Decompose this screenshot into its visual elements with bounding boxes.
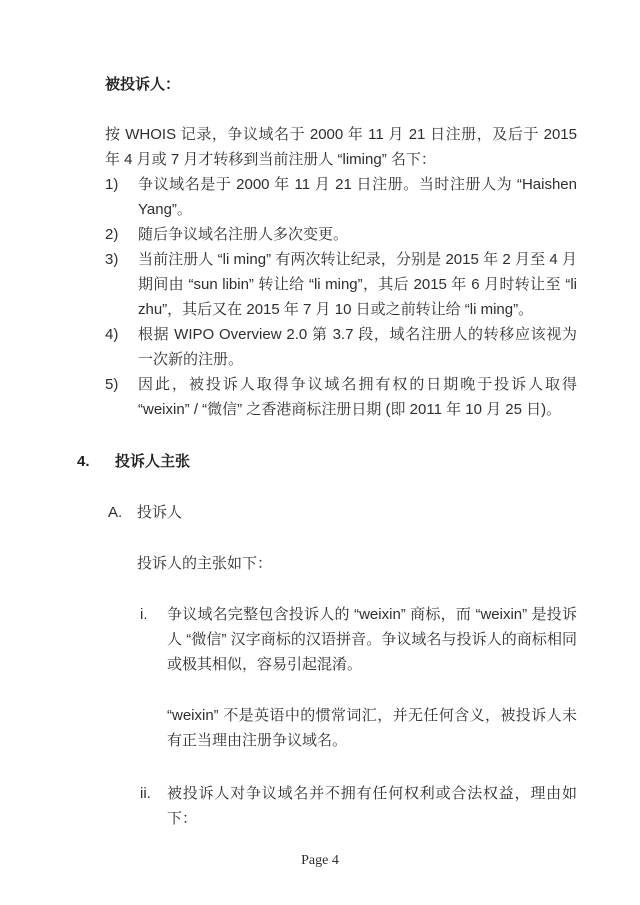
subsection-heading-complainant: A. 投诉人 <box>108 500 577 525</box>
section-number: 4. <box>77 449 115 474</box>
roman-item-number: ii. <box>140 781 167 831</box>
roman-item-number: i. <box>140 602 167 753</box>
list-item-number: 2) <box>105 222 138 247</box>
roman-item-body: 争议域名完整包含投诉人的 “weixin” 商标，而 “weixin” 是投诉人… <box>167 602 577 753</box>
numbered-list-item: 5) 因此，被投诉人取得争议域名拥有权的日期晚于投诉人取得 “weixin” /… <box>105 372 577 422</box>
section-heading-claims: 4. 投诉人主张 <box>77 449 577 474</box>
document-page: 被投诉人： 按 WHOIS 记录，争议域名于 2000 年 11 月 21 日注… <box>0 0 640 905</box>
claims-intro: 投诉人的主张如下： <box>137 551 577 576</box>
respondent-heading: 被投诉人： <box>105 72 577 97</box>
list-item-text: 根据 WIPO Overview 2.0 第 3.7 段，域名注册人的转移应该视… <box>138 322 577 372</box>
numbered-list-item: 3) 当前注册人 “li ming” 有两次转让纪录，分别是 2015 年 2 … <box>105 247 577 322</box>
list-item-number: 3) <box>105 247 138 322</box>
claim-paragraph-secondary: “weixin” 不是英语中的惯常词汇，并无任何含义，被投诉人未有正当理由注册争… <box>167 703 577 753</box>
list-item-number: 4) <box>105 322 138 372</box>
subsection-title: 投诉人 <box>137 500 182 525</box>
whois-intro-paragraph: 按 WHOIS 记录，争议域名于 2000 年 11 月 21 日注册，及后于 … <box>105 122 577 172</box>
claim-paragraph: 被投诉人对争议域名并不拥有任何权利或合法权益，理由如下： <box>167 781 577 831</box>
roman-list: i. 争议域名完整包含投诉人的 “weixin” 商标，而 “weixin” 是… <box>140 602 577 831</box>
roman-item-body: 被投诉人对争议域名并不拥有任何权利或合法权益，理由如下： <box>167 781 577 831</box>
section-title: 投诉人主张 <box>115 449 190 474</box>
claim-paragraph: 争议域名完整包含投诉人的 “weixin” 商标，而 “weixin” 是投诉人… <box>167 602 577 677</box>
numbered-list-item: 4) 根据 WIPO Overview 2.0 第 3.7 段，域名注册人的转移… <box>105 322 577 372</box>
subsection-letter: A. <box>108 500 137 525</box>
list-item-text: 当前注册人 “li ming” 有两次转让纪录，分别是 2015 年 2 月至 … <box>138 247 577 322</box>
numbered-list-item: 2) 随后争议域名注册人多次变更。 <box>105 222 577 247</box>
page-number-footer: Page 4 <box>0 848 640 873</box>
list-item-number: 1) <box>105 172 138 222</box>
roman-list-item: ii. 被投诉人对争议域名并不拥有任何权利或合法权益，理由如下： <box>140 781 577 831</box>
list-item-text: 争议域名是于 2000 年 11 月 21 日注册。当时注册人为 “Haishe… <box>138 172 577 222</box>
list-item-text: 因此，被投诉人取得争议域名拥有权的日期晚于投诉人取得 “weixin” / “微… <box>138 372 577 422</box>
numbered-list-item: 1) 争议域名是于 2000 年 11 月 21 日注册。当时注册人为 “Hai… <box>105 172 577 222</box>
list-item-number: 5) <box>105 372 138 422</box>
roman-list-item: i. 争议域名完整包含投诉人的 “weixin” 商标，而 “weixin” 是… <box>140 602 577 753</box>
list-item-text: 随后争议域名注册人多次变更。 <box>138 222 577 247</box>
numbered-list: 1) 争议域名是于 2000 年 11 月 21 日注册。当时注册人为 “Hai… <box>105 172 577 422</box>
